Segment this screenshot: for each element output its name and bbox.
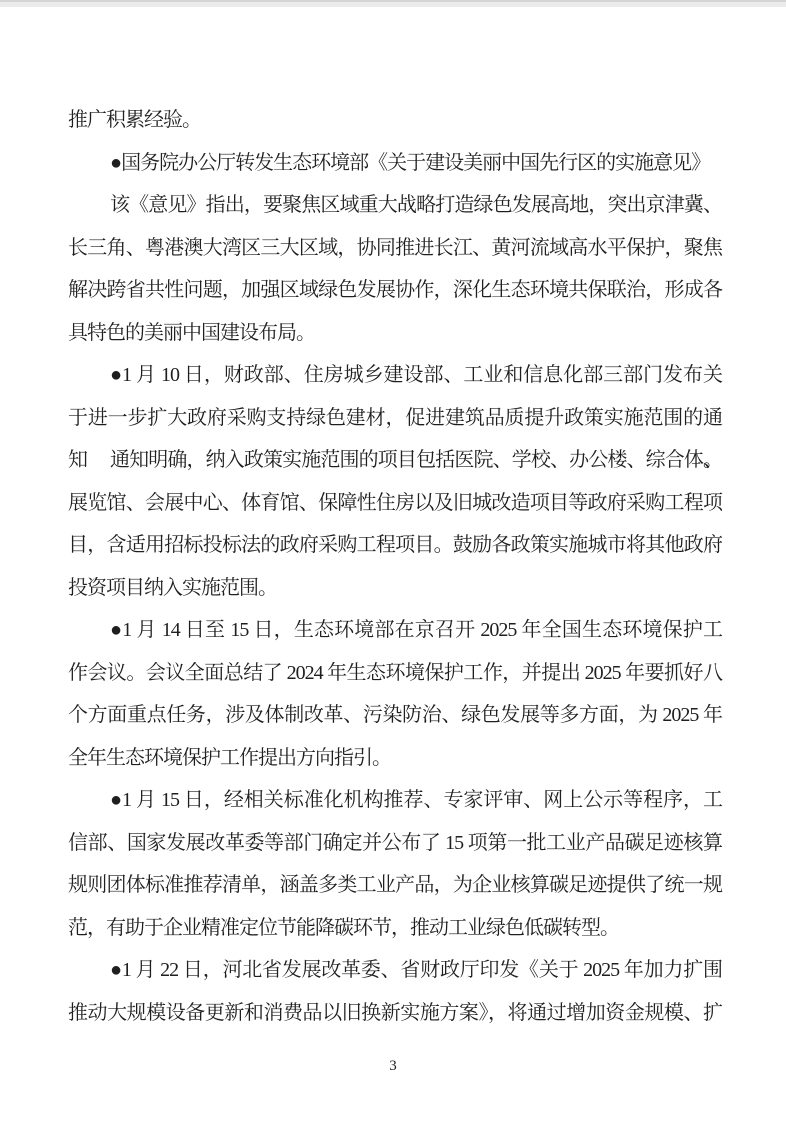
text-line: ●1 月 14 日至 15 日，生态环境部在京召开 2025 年全国生态环境保护… — [68, 609, 722, 652]
text-line: 目，含适用招标投标法的政府采购工程项目。鼓励各政策实施城市将其他政府 — [68, 524, 722, 567]
text-line: 作会议。会议全面总结了 2024 年生态环境保护工作，并提出 2025 年要抓好… — [68, 652, 722, 695]
text-line: ●1 月 15 日，经相关标准化机构推荐、专家评审、网上公示等程序，工 — [68, 779, 722, 822]
text-line: 范，有助于企业精准定位节能降碳环节，推动工业绿色低碳转型。 — [68, 907, 722, 950]
text-line: 长三角、粤港澳大湾区三大区域，协同推进长江、黄河流域高水平保护，聚焦 — [68, 227, 722, 270]
text-line: 推动大规模设备更新和消费品以旧换新实施方案》，将通过增加资金规模、扩 — [68, 992, 722, 1035]
text-line: 具特色的美丽中国建设布局。 — [68, 312, 722, 355]
text-line: ●1 月 22 日，河北省发展改革委、省财政厅印发《关于 2025 年加力扩围 — [68, 949, 722, 992]
text-line: 信部、国家发展改革委等部门确定并公布了 15 项第一批工业产品碳足迹核算 — [68, 822, 722, 865]
page-number: 3 — [0, 1058, 786, 1075]
text-line: 展览馆、会展中心、体育馆、保障性住房以及旧城改造项目等政府采购工程项 — [68, 482, 722, 525]
text-line: 于进一步扩大政府采购支持绿色建材，促进建筑品质提升政策实施范围的通知。 — [68, 397, 722, 440]
text-line: ●1 月 10 日，财政部、住房城乡建设部、工业和信息化部三部门发布关 — [68, 354, 722, 397]
text-line: 投资项目纳入实施范围。 — [68, 567, 722, 610]
text-line: 推广积累经验。 — [68, 99, 722, 142]
document-body: 推广积累经验。●国务院办公厅转发生态环境部《关于建设美丽中国先行区的实施意见》该… — [68, 99, 722, 1034]
text-line: 规则团体标准推荐清单，涵盖多类工业产品，为企业核算碳足迹提供了统一规 — [68, 864, 722, 907]
document-viewer: { "document": { "page_number": "3", "col… — [0, 0, 786, 1138]
window-top-edge — [0, 0, 786, 7]
text-line: 全年生态环境保护工作提出方向指引。 — [68, 737, 722, 780]
text-line: 该《意见》指出，要聚焦区域重大战略打造绿色发展高地，突出京津冀、 — [68, 184, 722, 227]
text-line: 个方面重点任务，涉及体制改革、污染防治、绿色发展等多方面，为 2025 年 — [68, 694, 722, 737]
text-line: 通知明确，纳入政策实施范围的项目包括医院、学校、办公楼、综合体、 — [68, 439, 722, 482]
text-line: 解决跨省共性问题，加强区域绿色发展协作，深化生态环境共保联治，形成各 — [68, 269, 722, 312]
text-line: ●国务院办公厅转发生态环境部《关于建设美丽中国先行区的实施意见》 — [68, 142, 722, 185]
